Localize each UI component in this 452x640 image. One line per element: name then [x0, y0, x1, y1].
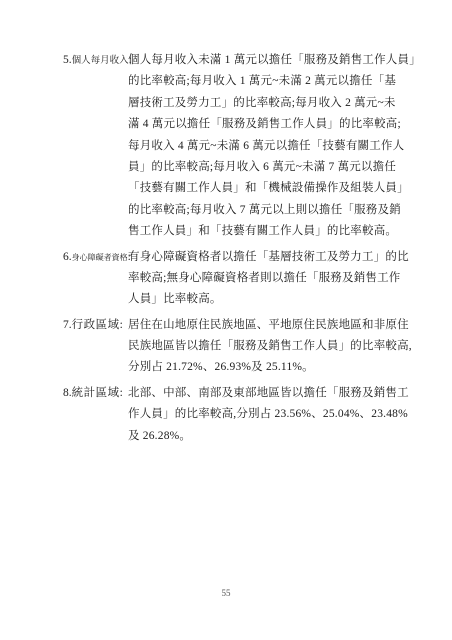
page-content: 5.個人每月收入: 個人每月收入未滿 1 萬元以擔任「服務及銷售工作人員」 的比…: [63, 50, 403, 451]
list-item-7: 7.行政區域: 居住在山地原住民族地區、平地原住民族地區和非原住 民族地區皆以擔…: [63, 315, 403, 379]
item-heading-colon: :: [120, 387, 123, 399]
text-line: 售工作人員」和「技藝有關工作人員」的比率較高。: [128, 221, 403, 242]
text-line: 分別占 21.72%、26.93%及 25.11%。: [128, 357, 403, 378]
item-6-body: 有身心障礙資格者以擔任「基層技術工及勞力工」的比 率較高;無身心障礙資格者則以擔…: [128, 247, 403, 311]
page-number: 55: [0, 588, 452, 598]
item-heading-text: 個人每月收入: [72, 56, 129, 66]
item-heading-text: 行政區域: [72, 319, 120, 331]
item-number: 7.: [63, 319, 72, 331]
item-number: 6.: [63, 251, 72, 263]
text-line: 層技術工及勞力工」的比率較高;每月收入 2 萬元~未: [128, 93, 403, 114]
text-line: 率較高;無身心障礙資格者則以擔任「服務及銷售工作: [128, 268, 403, 289]
item-5-heading: 5.個人每月收入:: [63, 50, 128, 72]
list-item-8: 8.統計區域: 北部、中部、南部及東部地區皆以擔任「服務及銷售工 作人員」的比率…: [63, 383, 403, 447]
text-line: 的比率較高;每月收入 1 萬元~未滿 2 萬元以擔任「基: [128, 71, 403, 92]
text-line: 及 26.28%。: [128, 426, 403, 447]
text-line: 居住在山地原住民族地區、平地原住民族地區和非原住: [128, 315, 403, 336]
text-line: 滿 4 萬元以擔任「服務及銷售工作人員」的比率較高;: [128, 114, 403, 135]
item-7-heading: 7.行政區域:: [63, 315, 128, 336]
document-page: 5.個人每月收入: 個人每月收入未滿 1 萬元以擔任「服務及銷售工作人員」 的比…: [0, 0, 452, 640]
text-line: 每月收入 4 萬元~未滿 6 萬元以擔任「技藝有關工作人: [128, 136, 403, 157]
item-heading-text: 身心障礙者資格: [72, 253, 128, 262]
text-line: 民族地區皆以擔任「服務及銷售工作人員」的比率較高,: [128, 336, 403, 357]
item-heading-text: 統計區域: [72, 387, 120, 399]
text-line: 作人員」的比率較高,分別占 23.56%、25.04%、23.48%: [128, 404, 403, 425]
item-8-heading: 8.統計區域:: [63, 383, 128, 404]
item-heading-colon: :: [120, 319, 123, 331]
item-6-heading: 6.身心障礙者資格:: [63, 247, 128, 268]
item-number: 5.: [63, 54, 72, 66]
text-line: 的比率較高;每月收入 7 萬元以上則以擔任「服務及銷: [128, 200, 403, 221]
item-7-body: 居住在山地原住民族地區、平地原住民族地區和非原住 民族地區皆以擔任「服務及銷售工…: [128, 315, 403, 379]
item-5-body: 個人每月收入未滿 1 萬元以擔任「服務及銷售工作人員」 的比率較高;每月收入 1…: [128, 50, 403, 243]
text-line: 北部、中部、南部及東部地區皆以擔任「服務及銷售工: [128, 383, 403, 404]
text-line: 有身心障礙資格者以擔任「基層技術工及勞力工」的比: [128, 247, 403, 268]
text-line: 員」的比率較高;每月收入 6 萬元~未滿 7 萬元以擔任: [128, 157, 403, 178]
list-item-5: 5.個人每月收入: 個人每月收入未滿 1 萬元以擔任「服務及銷售工作人員」 的比…: [63, 50, 403, 243]
text-line: 個人每月收入未滿 1 萬元以擔任「服務及銷售工作人員」: [128, 50, 403, 71]
text-line: 「技藝有關工作人員」和「機械設備操作及組裝人員」: [128, 178, 403, 199]
item-8-body: 北部、中部、南部及東部地區皆以擔任「服務及銷售工 作人員」的比率較高,分別占 2…: [128, 383, 403, 447]
text-line: 人員」比率較高。: [128, 289, 403, 310]
item-number: 8.: [63, 387, 72, 399]
list-item-6: 6.身心障礙者資格: 有身心障礙資格者以擔任「基層技術工及勞力工」的比 率較高;…: [63, 247, 403, 311]
